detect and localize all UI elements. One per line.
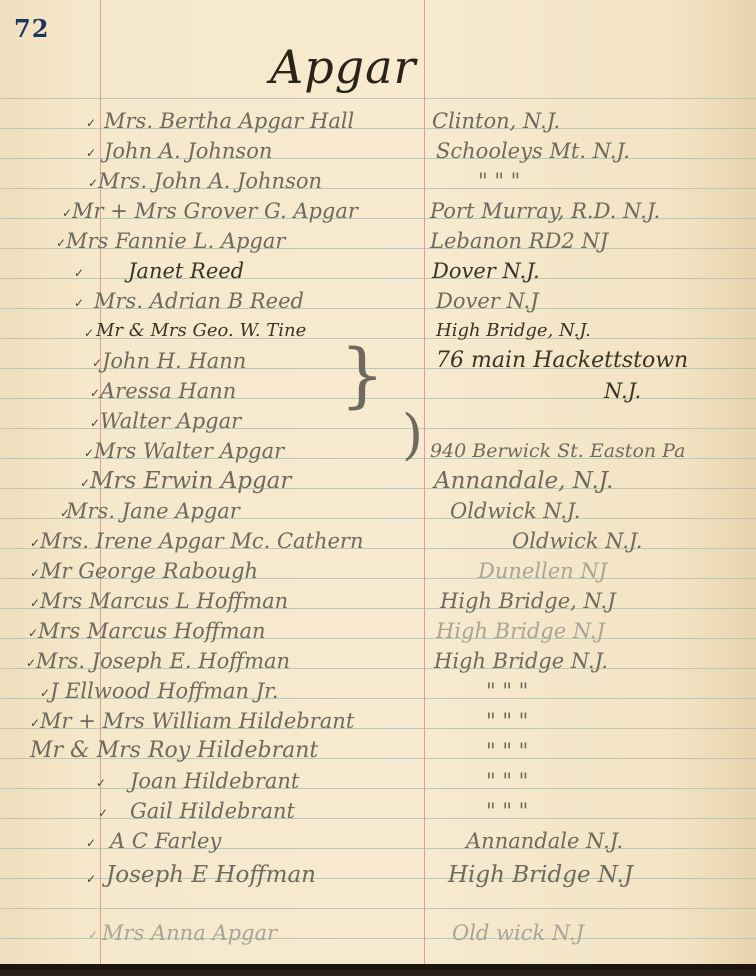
entry-name: Walter Apgar [100, 406, 241, 436]
checkmark-icon: ✓ [62, 206, 72, 220]
entry-address: Dover N.J. [432, 256, 540, 286]
checkmark-icon: ✓ [86, 116, 96, 130]
entry-address: Oldwick N.J. [450, 496, 580, 526]
entry-name: Gail Hildebrant [130, 796, 295, 826]
entry-name: Mrs. Irene Apgar Mc. Cathern [40, 526, 364, 556]
entry-name: Joan Hildebrant [130, 766, 299, 796]
entry-name: Mrs. John A. Johnson [98, 166, 322, 196]
checkmark-icon: ✓ [96, 776, 106, 790]
checkmark-icon: ✓ [74, 266, 84, 280]
checkmark-icon: ✓ [92, 356, 102, 370]
checkmark-icon: ✓ [40, 686, 50, 700]
entry-address: " " " [486, 736, 528, 766]
rule-line [0, 908, 756, 909]
entry-address: " " " [486, 766, 528, 796]
checkmark-icon: ✓ [86, 872, 96, 886]
entry-address: Old wick N.J [452, 918, 584, 948]
entry-address: " " " [478, 166, 520, 196]
entry-address: High Bridge, N.J. [436, 316, 591, 346]
entry-address: Dover N.J [436, 286, 539, 316]
checkmark-icon: ✓ [84, 326, 94, 340]
checkmark-icon: ✓ [84, 446, 94, 460]
entry-address: Clinton, N.J. [432, 106, 560, 136]
page-heading-surname: Apgar [270, 40, 417, 94]
entry-name: Mrs Anna Apgar [102, 918, 277, 948]
entry-name: Mrs. Joseph E. Hoffman [36, 646, 290, 676]
checkmark-icon: ✓ [30, 536, 40, 550]
checkmark-icon: ✓ [30, 566, 40, 580]
page-bottom-edge [0, 964, 756, 970]
entry-name: Mrs Walter Apgar [94, 436, 284, 466]
entry-name: A C Farley [110, 826, 221, 856]
entry-address: Lebanon RD2 NJ [430, 226, 608, 256]
entry-name: Mrs Erwin Apgar [90, 466, 291, 496]
entry-name: Mr & Mrs Roy Hildebrant [30, 736, 318, 766]
entry-address: 76 main Hackettstown [436, 346, 688, 376]
entry-name: Mr + Mrs Grover G. Apgar [72, 196, 358, 226]
rule-line [0, 818, 756, 819]
entry-address: Annandale N.J. [466, 826, 623, 856]
entry-name: Mrs. Adrian B Reed [94, 286, 304, 316]
checkmark-icon: ✓ [88, 176, 98, 190]
page-number: 72 [14, 14, 49, 43]
entry-address: High Bridge N.J. [434, 646, 608, 676]
entry-address: High Bridge, N.J [440, 586, 616, 616]
entry-address: " " " [486, 796, 528, 826]
entry-name: Mrs Fannie L. Apgar [66, 226, 285, 256]
checkmark-icon: ✓ [30, 716, 40, 730]
checkmark-icon: ✓ [26, 656, 36, 670]
rule-line [0, 278, 756, 279]
entry-address: Annandale, N.J. [434, 466, 614, 496]
entry-name: Janet Reed [128, 256, 244, 286]
entry-address: " " " [486, 676, 528, 706]
entry-address: High Bridge N.J [448, 860, 633, 890]
entry-name: Mr + Mrs William Hildebrant [40, 706, 354, 736]
entry-address: Dunellen NJ [478, 556, 607, 586]
entry-name: Mrs Marcus L Hoffman [40, 586, 288, 616]
checkmark-icon: ✓ [90, 416, 100, 430]
entry-name: Mr George Rabough [40, 556, 258, 586]
checkmark-icon: ✓ [88, 928, 98, 942]
checkmark-icon: ✓ [30, 596, 40, 610]
checkmark-icon: ✓ [90, 386, 100, 400]
column-divider-line [424, 0, 425, 970]
entry-address: Port Murray, R.D. N.J. [430, 196, 660, 226]
entry-name: Mr & Mrs Geo. W. Tine [96, 316, 306, 346]
checkmark-icon: ✓ [98, 806, 108, 820]
entry-name: Aressa Hann [100, 376, 236, 406]
rule-line [0, 98, 756, 99]
entry-address: Schooleys Mt. N.J. [436, 136, 630, 166]
checkmark-icon: ✓ [74, 296, 84, 310]
entry-address: " " " [486, 706, 528, 736]
checkmark-icon: ✓ [80, 476, 90, 490]
entry-address: High Bridge N.J [436, 616, 605, 646]
entry-name: Mrs. Jane Apgar [66, 496, 240, 526]
checkmark-icon: ✓ [28, 626, 38, 640]
ledger-page: 72 Apgar ✓ Mrs. Bertha Apgar Hall Clinto… [0, 0, 756, 970]
checkmark-icon: ✓ [86, 146, 96, 160]
entry-name: John A. Johnson [104, 136, 272, 166]
entry-name: Joseph E Hoffman [106, 860, 316, 890]
brace-bracket-icon: ) [402, 400, 423, 470]
checkmark-icon: ✓ [86, 836, 96, 850]
checkmark-icon: ✓ [56, 236, 66, 250]
entry-address: Oldwick N.J. [512, 526, 642, 556]
rule-line [0, 788, 756, 789]
entry-address: N.J. [604, 376, 641, 406]
entry-name: Mrs Marcus Hoffman [38, 616, 266, 646]
entry-name: Mrs. Bertha Apgar Hall [104, 106, 354, 136]
entry-address: 940 Berwick St. Easton Pa [430, 436, 685, 466]
entry-name: J Ellwood Hoffman Jr. [50, 676, 279, 706]
entry-name: John H. Hann [102, 346, 246, 376]
brace-bracket-icon: } [340, 340, 385, 410]
